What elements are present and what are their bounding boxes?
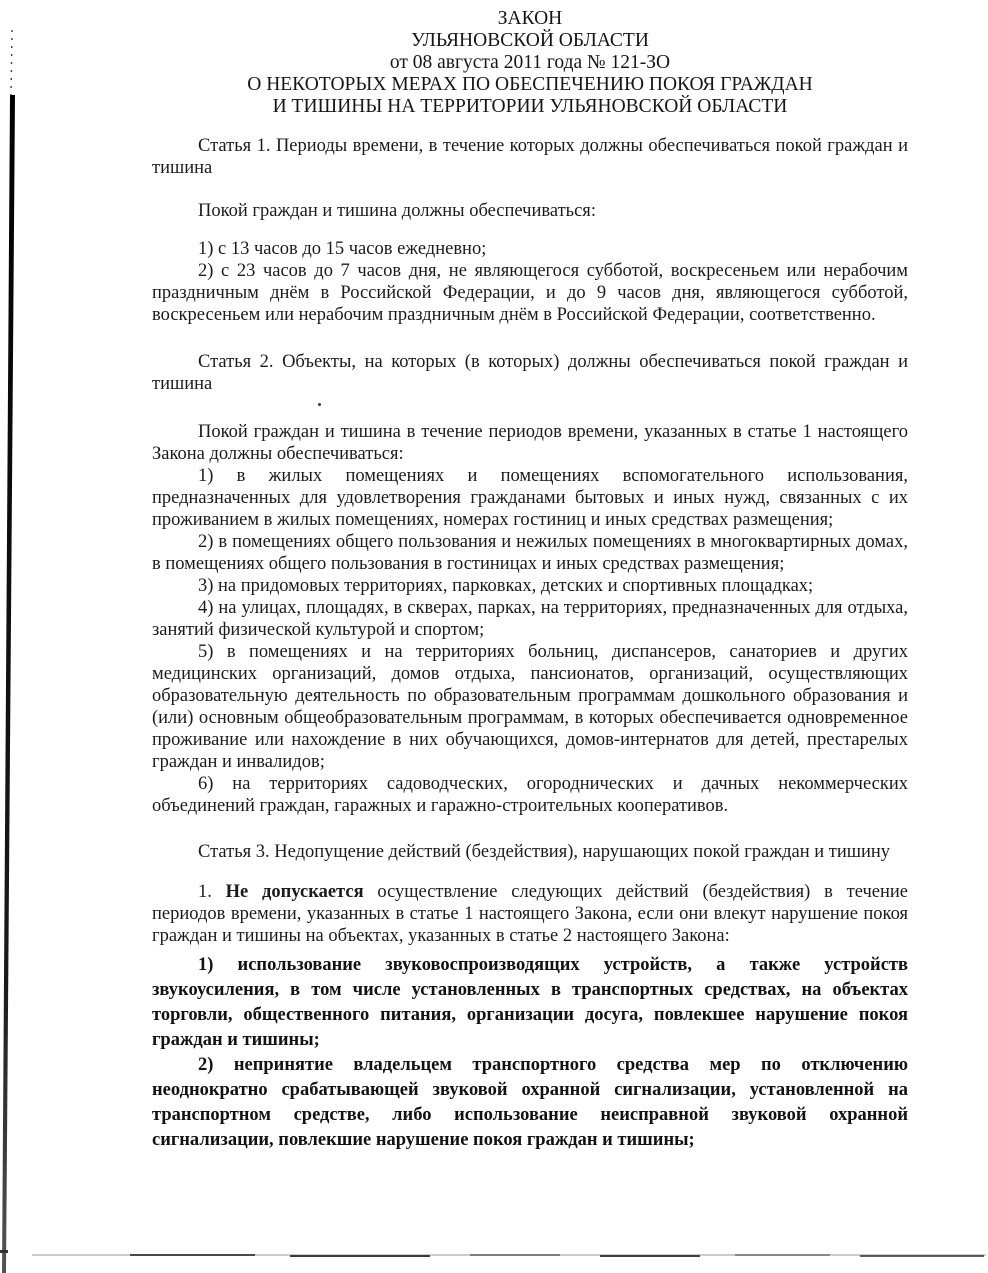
article3-item-2: 2) непринятие владельцем транспортного с… xyxy=(152,1053,908,1153)
article2-heading: Статья 2. Объекты, на которых (в которых… xyxy=(152,351,908,395)
article2-item-1: 1) в жилых помещениях и помещениях вспом… xyxy=(152,465,908,531)
article2-intro: Покой граждан и тишина в течение периодо… xyxy=(152,421,908,465)
article3-para-1-number: 1. xyxy=(198,882,226,902)
article1-item-2: 2) с 23 часов до 7 часов дня, не являюще… xyxy=(152,260,908,326)
article1-item-1: 1) с 13 часов до 15 часов ежедневно; xyxy=(152,238,908,260)
header-law-word: ЗАКОН xyxy=(152,8,908,30)
article2-item-2: 2) в помещениях общего пользования и неж… xyxy=(152,531,908,575)
article3-para-1-emphasis: Не допускается xyxy=(226,882,364,902)
header-title-line-1: О НЕКОТОРЫХ МЕРАХ ПО ОБЕСПЕЧЕНИЮ ПОКОЯ Г… xyxy=(152,74,908,96)
article2-item-3: 3) на придомовых территориях, парковках,… xyxy=(152,575,908,597)
article2-item-5: 5) в помещениях и на территориях больниц… xyxy=(152,641,908,773)
article3-heading: Статья 3. Недопущение действий (бездейст… xyxy=(152,841,908,863)
article1-heading: Статья 1. Периоды времени, в течение кот… xyxy=(152,135,908,179)
article2-item-4: 4) на улицах, площадях, в скверах, парка… xyxy=(152,597,908,641)
document-header: ЗАКОН УЛЬЯНОВСКОЙ ОБЛАСТИ от 08 августа … xyxy=(152,8,908,118)
scan-corner-tick-artifact xyxy=(0,1250,8,1253)
article2-item-6: 6) на территориях садоводческих, огородн… xyxy=(152,773,908,817)
article3-para-1: 1. Не допускается осуществление следующи… xyxy=(152,881,908,947)
article3-item-1: 1) использование звуковоспроизводящих ус… xyxy=(152,953,908,1053)
header-region: УЛЬЯНОВСКОЙ ОБЛАСТИ xyxy=(152,30,908,52)
document-page: ЗАКОН УЛЬЯНОВСКОЙ ОБЛАСТИ от 08 августа … xyxy=(0,0,988,1153)
ink-speck-artifact xyxy=(318,403,321,406)
article1-intro: Покой граждан и тишина должны обеспечива… xyxy=(152,200,908,222)
page-bottom-scan-line xyxy=(32,1255,986,1256)
header-title-line-2: И ТИШИНЫ НА ТЕРРИТОРИИ УЛЬЯНОВСКОЙ ОБЛАС… xyxy=(152,96,908,118)
header-date-number: от 08 августа 2011 года № 121-ЗО xyxy=(152,52,908,74)
